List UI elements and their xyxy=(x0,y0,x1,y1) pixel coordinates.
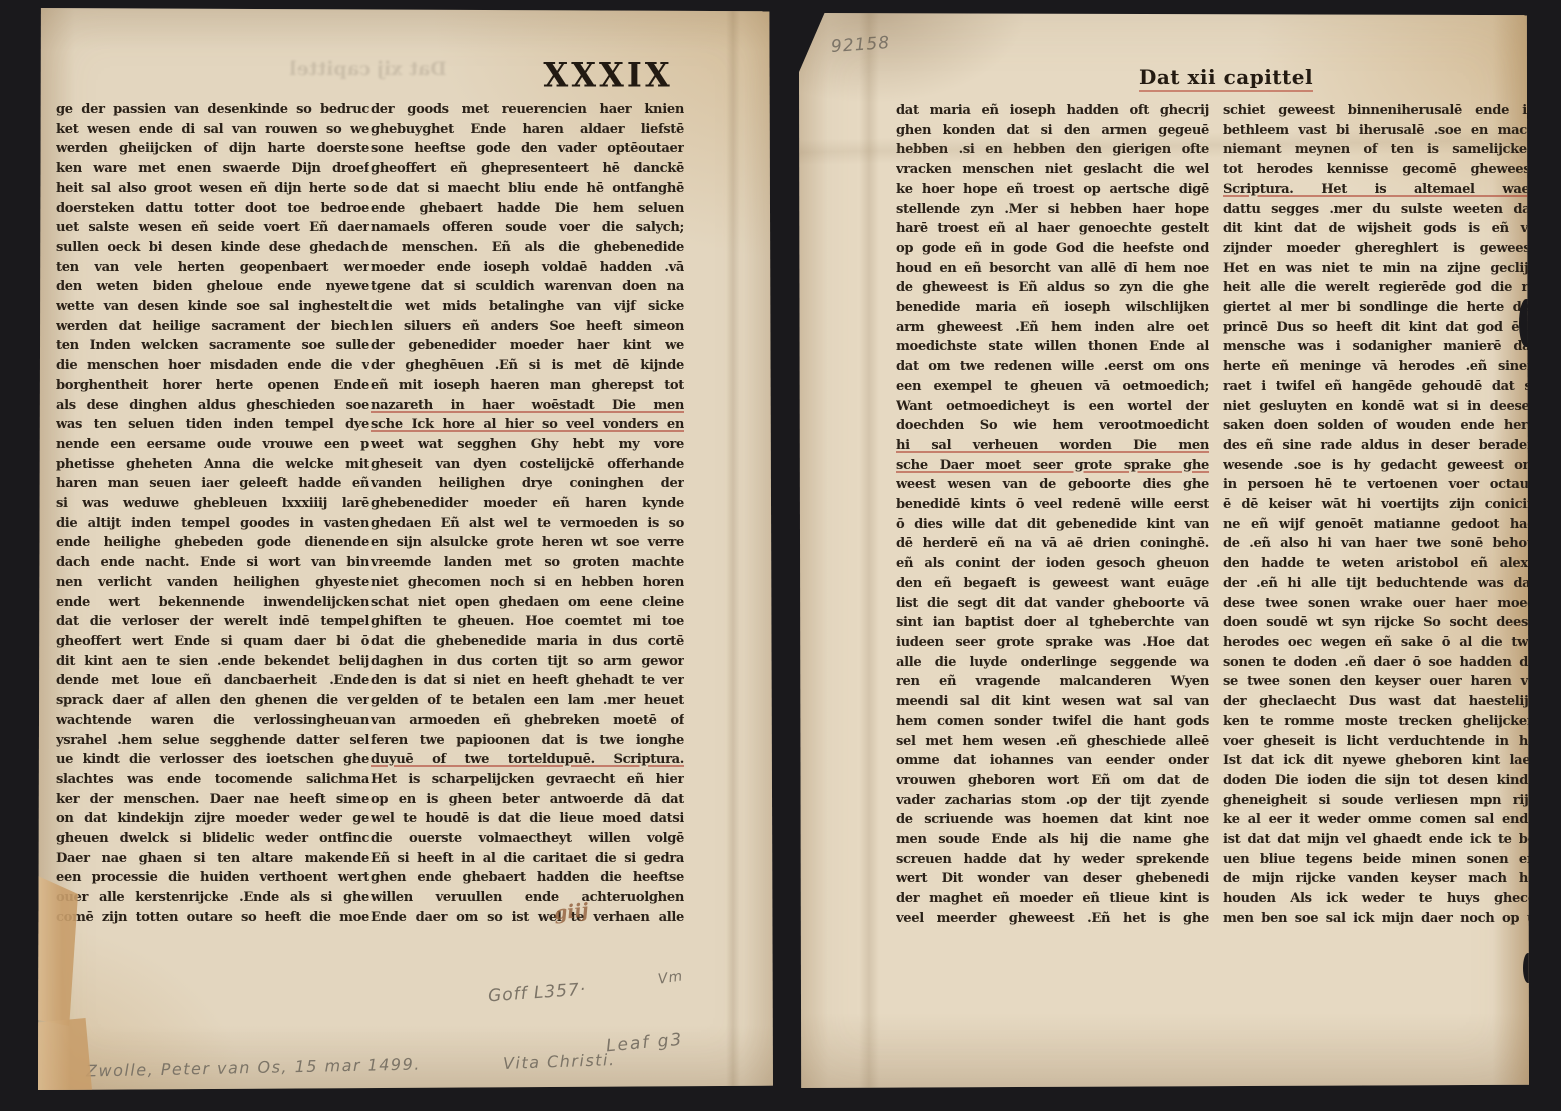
text-line: ist dat dat mijn vel ghaedt ende ick te … xyxy=(1223,830,1536,850)
text-line: sche Ick hore al hier so veel vonders en xyxy=(371,415,684,435)
paper-chip-notch-lower xyxy=(1523,953,1533,983)
text-line: benedidē kints ō veel redenē wille eerst xyxy=(896,495,1209,515)
text-line: eñ mit ioseph haeren man gherepst tot xyxy=(371,376,684,396)
text-line: Scriptura. Het is altemael waer xyxy=(1223,180,1536,200)
text-line: den is dat si niet en heeft ghehadt te v… xyxy=(371,671,684,691)
text-line: der gebenedider moeder haer kint we xyxy=(371,336,684,356)
text-line: sel met hem wesen .eñ gheschiede alleē xyxy=(896,732,1209,752)
text-line: sullen oeck bi desen kinde dese ghedach xyxy=(56,238,369,258)
text-line: weet wat segghen Ghy hebt my vore xyxy=(371,435,684,455)
text-line: schiet geweest binneniherusalē ende in xyxy=(1223,101,1536,121)
text-line: der goods met reuerencien haer knien xyxy=(371,100,684,120)
text-line: nazareth in haer woēstadt Die men xyxy=(371,396,684,416)
text-line: van armoeden eñ ghebreken moetē of xyxy=(371,711,684,731)
text-line: Daer nae ghaen si ten altare makende xyxy=(56,849,369,869)
text-line: die menschen hoer misdaden ende die v xyxy=(56,356,369,376)
text-line: ken te romme moste trecken ghelijcken xyxy=(1223,712,1536,732)
text-line: ghen ende ghebaert hadden die heeftse xyxy=(371,868,684,888)
vm-annotation: Vm xyxy=(657,968,684,987)
text-line: gheneigheit si soude verliesen mpn rijc xyxy=(1223,791,1536,811)
text-line: niet gesluyten en kondē wat si in deeser xyxy=(1223,397,1536,417)
text-line: en sijn alsulcke grote heren wt soe verr… xyxy=(371,533,684,553)
text-line: dat die verloser der werelt indē tempel xyxy=(56,612,369,632)
text-line: men ben soe sal ick mijn daer noch op ū xyxy=(1223,909,1536,929)
text-line: uen bliue tegens beide minen sonen en xyxy=(1223,850,1536,870)
text-line: ghiften te gheuen. Hoe coemtet mi toe xyxy=(371,612,684,632)
text-line: Ende daer om so ist wel te verhaen alle xyxy=(371,908,684,928)
text-line: screuen hadde dat hy weder sprekende xyxy=(896,850,1209,870)
text-line: den eñ begaeft is geweest want euāge xyxy=(896,574,1209,594)
text-line: mensche was i sodanigher manierē dat xyxy=(1223,337,1536,357)
paper-chip-notch xyxy=(1519,299,1533,347)
text-line: dē herderē eñ na vā aē drien coninghē. xyxy=(896,534,1209,554)
text-line: heit sal also groot wesen eñ dijn herte … xyxy=(56,179,369,199)
text-line: hebben .si en hebben den gierigen ofte xyxy=(896,140,1209,160)
text-line: princē Dus so heeft dit kint dat god ēde xyxy=(1223,318,1536,338)
text-line: alle die luyde onderlinge seggende wa xyxy=(896,653,1209,673)
text-line: haren man seuen iaer geleeft hadde eñ xyxy=(56,474,369,494)
text-line: den hadde te weten aristobol eñ alexā xyxy=(1223,554,1536,574)
text-line: ouer alle kerstenrijcke .Ende als si ghe xyxy=(56,888,369,908)
text-line: on dat kindekijn zijre moeder weder ge xyxy=(56,809,369,829)
text-line: herodes oec wegen eñ sake ō al die twe xyxy=(1223,633,1536,653)
right-leaf-page: 92158 Dat xii capittel dat maria eñ iose… xyxy=(799,13,1529,1088)
text-line: dattu segges .mer du sulste weeten dat xyxy=(1223,200,1536,220)
text-line: vanden heilighen drye coninghen der xyxy=(371,474,684,494)
showthrough-header-text: Dat xij capittel xyxy=(238,58,498,80)
text-line: arm gheweest .Eñ hem inden alre oet xyxy=(896,318,1209,338)
text-line: dat die ghebenedide maria in dus cortē xyxy=(371,632,684,652)
text-line: heit alle die werelt regierēde god die r… xyxy=(1223,278,1536,298)
right-column-b: schiet geweest binneniherusalē ende inbe… xyxy=(1223,101,1536,929)
text-line: daghen in dus corten tijt so arm gewor xyxy=(371,652,684,672)
text-line: gheoffert eñ ghepresenteert hē danckē xyxy=(371,159,684,179)
page-crease xyxy=(726,8,740,1090)
text-line: willen veruullen ende achteruolghen xyxy=(371,888,684,908)
text-line: dach ende nacht. Ende si wort van bin xyxy=(56,553,369,573)
text-line: sche Daer moet seer grote sprake ghe xyxy=(896,456,1209,476)
text-line: gheseit van dyen costelijckē offerhande xyxy=(371,455,684,475)
imprint-annotation: Zwolle, Peter van Os, 15 mar 1499. xyxy=(86,1054,421,1080)
text-line: ket wesen ende di sal van rouwen so we xyxy=(56,120,369,140)
text-line: men soude Ende als hij die name ghe xyxy=(896,830,1209,850)
text-line: ō dies wille dat dit gebenedide kint van xyxy=(896,515,1209,535)
text-line: de gheweest is Eñ aldus so zyn die ghe xyxy=(896,278,1209,298)
text-line: namaels offeren soude voer die salych; xyxy=(371,218,684,238)
text-line: ten van vele herten geopenbaert wer xyxy=(56,258,369,278)
text-line: comē zijn totten outare so heeft die moe xyxy=(56,908,369,928)
text-line: se twee sonen den keyser ouer haren va xyxy=(1223,672,1536,692)
text-line: Het is scharpelijcken gevraecht eñ hier xyxy=(371,770,684,790)
text-line: den weten biden gheloue ende nyewe xyxy=(56,277,369,297)
text-line: vrouwen gheboren wort Eñ om dat de xyxy=(896,771,1209,791)
text-line: eñ als conint der ioden gesoch gheuon xyxy=(896,554,1209,574)
text-line: niemant meynen of ten is samelijcken xyxy=(1223,140,1536,160)
text-line: sone heeftse gode den vader optēoutaer xyxy=(371,139,684,159)
text-line: ue kindt die verlosser des ioetschen ghe xyxy=(56,750,369,770)
text-line: werden gheiijcken of dijn harte doerste xyxy=(56,139,369,159)
text-line: was ten seluen tiden inden tempel dye xyxy=(56,415,369,435)
text-line: dit kint aen te sien .ende bekendet beli… xyxy=(56,652,369,672)
text-line: ken ware met enen swaerde Dijn droef xyxy=(56,159,369,179)
text-line: der .eñ hi alle tijt beduchtende was dat xyxy=(1223,574,1536,594)
text-line: op gode eñ in gode God die heefste ond xyxy=(896,239,1209,259)
text-line: giertet al mer bi sondlinge die herte de… xyxy=(1223,298,1536,318)
text-line: gelden of te betalen een lam .mer heuet xyxy=(371,691,684,711)
text-line: doen soudē wt syn rijcke So socht deese xyxy=(1223,613,1536,633)
text-line: doden Die ioden die sijn tot desen kinde xyxy=(1223,771,1536,791)
text-line: len siluers eñ anders Soe heeft simeon xyxy=(371,317,684,337)
text-line: Het en was niet te min na zijne geclijc xyxy=(1223,259,1536,279)
text-line: de .eñ also hi van haer twe sonē behou xyxy=(1223,534,1536,554)
chapter-heading: Dat xii capittel xyxy=(1139,65,1313,92)
text-line: des eñ sine rade aldus in deser beraden xyxy=(1223,436,1536,456)
text-line: raet i twifel eñ hangēde gehoudē dat si xyxy=(1223,377,1536,397)
text-line: Eñ si heeft in al die caritaet die si ge… xyxy=(371,849,684,869)
text-line: vader zacharias stom .op der tijt zyende xyxy=(896,791,1209,811)
text-line: iudeen seer grote sprake was .Hoe dat xyxy=(896,633,1209,653)
text-line: nende een eersame oude vrouwe een p xyxy=(56,435,369,455)
text-line: ren eñ vragende malcanderen Wyen xyxy=(896,672,1209,692)
text-line: schat niet open ghedaen om eene cleine xyxy=(371,593,684,613)
text-line: benedide maria eñ ioseph wilschlijken xyxy=(896,298,1209,318)
tape-repair-upper xyxy=(38,876,78,1026)
text-line: in persoen hē te vertoenen voer octauy xyxy=(1223,475,1536,495)
text-line: de menschen. Eñ als die ghebenedide xyxy=(371,238,684,258)
text-line: veel meerder gheweest .Eñ het is ghe xyxy=(896,909,1209,929)
text-line: nen verlicht vanden heilighen ghyeste xyxy=(56,573,369,593)
text-line: ke hoer hope eñ troest op aertsche digē xyxy=(896,180,1209,200)
text-line: gheoffert wert Ende si quam daer bi ō xyxy=(56,632,369,652)
text-line: borghentheit horer herte openen Ende xyxy=(56,376,369,396)
text-line: ker der menschen. Daer nae heeft sime xyxy=(56,790,369,810)
text-line: meendi sal dit kint wesen wat sal van xyxy=(896,692,1209,712)
text-line: der gheghēuen .Eñ si is met dē kijnde xyxy=(371,356,684,376)
leaf-number-annotation: Leaf g3 xyxy=(605,1030,684,1057)
text-line: ende heilighe ghebeden gode dienende xyxy=(56,533,369,553)
text-line: tot herodes kennisse gecomē gheweest xyxy=(1223,160,1536,180)
text-line: als dese dinghen aldus gheschieden soe xyxy=(56,396,369,416)
text-line: weest wesen van de geboorte dies ghe xyxy=(896,475,1209,495)
text-line: dat om twe redenen wille .eerst om ons xyxy=(896,357,1209,377)
text-line: herte eñ meninge vā herodes .eñ sinen xyxy=(1223,357,1536,377)
title-annotation: Vita Christi. xyxy=(503,1050,616,1073)
text-line: die altijt inden tempel goodes in vasten xyxy=(56,514,369,534)
text-line: slachtes was ende tocomende salichma xyxy=(56,770,369,790)
gutter-crease xyxy=(859,13,879,1088)
text-line: houd en eñ besorcht van allē dī hem noe xyxy=(896,259,1209,279)
text-line: bethleem vast bi iherusalē .soe en mach xyxy=(1223,121,1536,141)
text-line: doechden So wie hem verootmoedicht xyxy=(896,416,1209,436)
left-page-number-heading: XXXIX xyxy=(478,55,738,95)
text-line: ghen konden dat si den armen gegeuē xyxy=(896,121,1209,141)
text-line: vreemde landen met so groten machte xyxy=(371,553,684,573)
text-line: werden dat heilige sacrament der biech xyxy=(56,317,369,337)
text-line: gheuen dwelck si blidelic weder ontfinc xyxy=(56,829,369,849)
text-line: ghebuyghet Ende haren aldaer liefstē xyxy=(371,120,684,140)
text-line: houden Als ick weder te huys gheco xyxy=(1223,889,1536,909)
text-line: die ouerste volmaectheyt willen volgē xyxy=(371,829,684,849)
text-line: doersteken dattu totter doot toe bedroe xyxy=(56,199,369,219)
text-line: vracken menschen niet geslacht die wel xyxy=(896,160,1209,180)
text-line: saken doen solden of wouden ende hero xyxy=(1223,416,1536,436)
text-line: de scriuende was hoemen dat kint noe xyxy=(896,810,1209,830)
text-line: hem comen sonder twifel die hant gods xyxy=(896,712,1209,732)
text-line: niet ghecomen noch si en hebben horen xyxy=(371,573,684,593)
text-line: wert Dit wonder van deser ghebenedi xyxy=(896,869,1209,889)
text-line: hi sal verheuen worden Die men xyxy=(896,436,1209,456)
text-line: ende ghebaert hadde Die hem seluen xyxy=(371,199,684,219)
text-line: harē troest eñ al haer genoechte gestelt xyxy=(896,219,1209,239)
text-line: ghedaen Eñ alst wel te vermoeden is so xyxy=(371,514,684,534)
text-line: der maghet eñ moeder eñ tlieue kint is xyxy=(896,889,1209,909)
right-column-a: dat maria eñ ioseph hadden oft ghecrijgh… xyxy=(896,101,1209,929)
text-line: ysrahel .hem selue segghende datter sel xyxy=(56,731,369,751)
text-line: sprack daer af allen den ghenen die ver xyxy=(56,691,369,711)
text-line: dat maria eñ ioseph hadden oft ghecrij xyxy=(896,101,1209,121)
left-leaf-page: Dat xij capittel XXXIX ge der passien va… xyxy=(38,8,773,1090)
text-line: wachtende waren die verlossingheuan xyxy=(56,711,369,731)
text-line: dese twee sonen wrake ouer haer moed xyxy=(1223,594,1536,614)
text-line: ge der passien van desenkinde so bedruc xyxy=(56,100,369,120)
text-line: ē dē keiser wāt hi voertijts zijn conici… xyxy=(1223,495,1536,515)
text-line: een processie die huiden verthoent wert xyxy=(56,868,369,888)
text-line: Ist dat ick dit nyewe gheboren kint laet xyxy=(1223,751,1536,771)
text-line: dende met loue eñ dancbaerheit .Ende xyxy=(56,671,369,691)
text-line: wette van desen kinde soe sal inghestelt xyxy=(56,297,369,317)
text-line: ten Inden welcken sacramente soe sulle xyxy=(56,336,369,356)
text-line: die wet mids betalinghe van vijf sicke xyxy=(371,297,684,317)
text-line: moedichste state willen thonen Ende al xyxy=(896,337,1209,357)
text-line: ke al eer it weder omme comen sal ende xyxy=(1223,810,1536,830)
text-line: tgene dat si sculdich warenvan doen na xyxy=(371,277,684,297)
text-line: Want oetmoedicheyt is een wortel der xyxy=(896,397,1209,417)
text-line: feren twe papioonen dat is twe ionghe xyxy=(371,731,684,751)
text-line: ghebenedider moeder eñ haren kynde xyxy=(371,494,684,514)
text-line: moeder ende ioseph voldaē hadden .vā xyxy=(371,258,684,278)
text-line: phetisse gheheten Anna die welcke mit xyxy=(56,455,369,475)
left-column-a: ge der passien van desenkinde so bedruck… xyxy=(56,100,369,928)
text-line: een exempel te gheuen vā oetmoedich; xyxy=(896,377,1209,397)
text-line: wel te houdē is dat die lieue moed datsi xyxy=(371,809,684,829)
left-column-b: der goods met reuerencien haer kniengheb… xyxy=(371,100,684,928)
text-line: list die segt dit dat vander gheboorte v… xyxy=(896,594,1209,614)
goff-reference-annotation: Goff L357· xyxy=(487,980,586,1007)
text-line: ende wert bekennende inwendelijcken xyxy=(56,593,369,613)
text-line: voer gheseit is licht verduchtende in hē xyxy=(1223,732,1536,752)
text-line: stellende zyn .Mer si hebben haer hope xyxy=(896,200,1209,220)
text-line: de dat si maecht bliu ende hē ontfanghē xyxy=(371,179,684,199)
text-line: op en is gheen beter antwoerde dā dat xyxy=(371,790,684,810)
text-line: sint ian baptist doer al tgheberchte van xyxy=(896,613,1209,633)
text-line: duyuē of twe torteldupuē. Scriptura. xyxy=(371,750,684,770)
text-line: zijnder moeder ghereghlert is geweest xyxy=(1223,239,1536,259)
inventory-number-annotation: 92158 xyxy=(830,33,890,57)
text-line: si was weduwe ghebleuen lxxxiiij larē xyxy=(56,494,369,514)
text-line: der gheclaecht Dus wast dat haestelijc xyxy=(1223,692,1536,712)
text-line: sonen te doden .eñ daer ō soe hadden de xyxy=(1223,653,1536,673)
text-line: omme dat iohannes van eender onder xyxy=(896,751,1209,771)
text-line: ne eñ wijf genoēt matianne gedoot had xyxy=(1223,515,1536,535)
tape-repair-lower xyxy=(38,1018,92,1090)
text-line: dit kint dat de wijsheit gods is eñ vā xyxy=(1223,219,1536,239)
text-line: de mijn rijcke vanden keyser mach he xyxy=(1223,869,1536,889)
text-line: uet salste wesen eñ seide voert Eñ daer xyxy=(56,218,369,238)
quire-signature-mark: giij xyxy=(553,899,590,924)
text-line: wesende .soe is hy gedacht geweest om xyxy=(1223,456,1536,476)
